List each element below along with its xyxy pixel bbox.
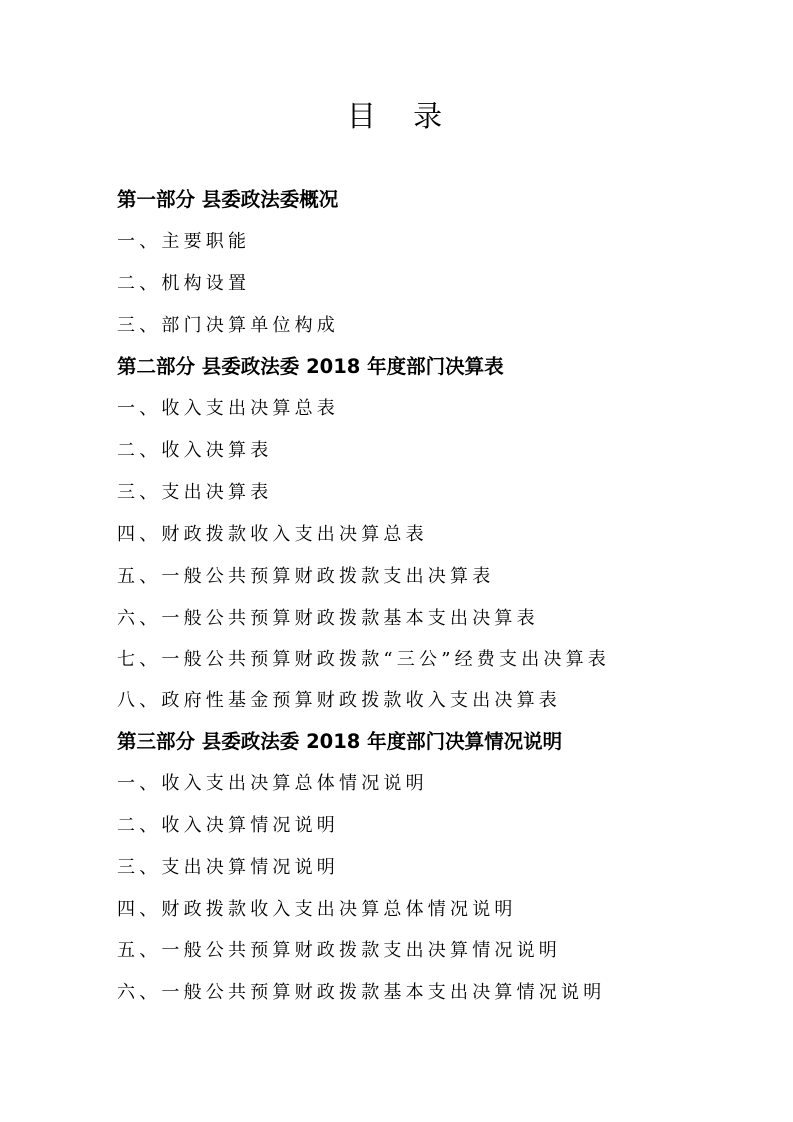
toc-entry[interactable]: 三、支出决算情况说明 <box>117 854 339 882</box>
toc-part-3-heading[interactable]: 第三部分 县委政法委 2018 年度部门决算情况说明 <box>117 728 562 756</box>
toc-entry[interactable]: 三、支出决算表 <box>117 479 272 507</box>
toc-entry[interactable]: 八、政府性基金预算财政拨款收入支出决算表 <box>117 687 561 715</box>
toc-entry[interactable]: 六、一般公共预算财政拨款基本支出决算情况说明 <box>117 979 605 1007</box>
toc-entry[interactable]: 一、主要职能 <box>117 228 250 256</box>
toc-entry[interactable]: 三、部门决算单位构成 <box>117 312 339 340</box>
toc-entry[interactable]: 一、收入支出决算总体情况说明 <box>117 770 428 798</box>
toc-entry[interactable]: 四、财政拨款收入支出决算总体情况说明 <box>117 896 517 924</box>
toc-entry[interactable]: 二、机构设置 <box>117 270 250 298</box>
toc-entry[interactable]: 二、收入决算表 <box>117 437 272 465</box>
document-page: 目 录 第一部分 县委政法委概况 一、主要职能 二、机构设置 三、部门决算单位构… <box>0 0 793 1122</box>
page-title: 目 录 <box>0 96 793 136</box>
toc-part-1-heading[interactable]: 第一部分 县委政法委概况 <box>117 186 338 214</box>
toc-entry[interactable]: 一、收入支出决算总表 <box>117 395 339 423</box>
toc-entry[interactable]: 六、一般公共预算财政拨款基本支出决算表 <box>117 605 539 633</box>
toc-part-2-heading[interactable]: 第二部分 县委政法委 2018 年度部门决算表 <box>117 353 504 381</box>
toc-entry[interactable]: 二、收入决算情况说明 <box>117 812 339 840</box>
toc-entry[interactable]: 四、财政拨款收入支出决算总表 <box>117 521 428 549</box>
toc-entry[interactable]: 五、一般公共预算财政拨款支出决算表 <box>117 563 494 591</box>
toc-entry[interactable]: 七、一般公共预算财政拨款“三公”经费支出决算表 <box>117 646 610 674</box>
toc-entry[interactable]: 五、一般公共预算财政拨款支出决算情况说明 <box>117 937 561 965</box>
